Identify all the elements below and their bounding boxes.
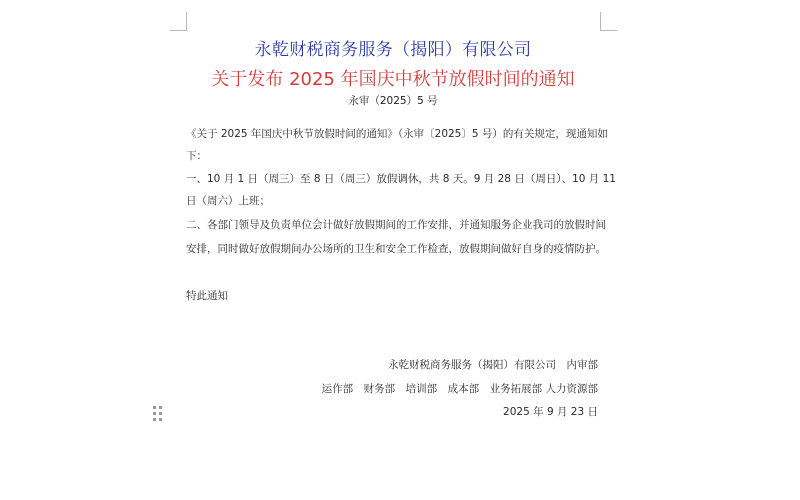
signature-date: 2025 年 9 月 23 日: [503, 404, 598, 419]
closing-text: 特此通知: [186, 285, 602, 308]
drag-dot: [153, 418, 156, 421]
signature-issuer: 永乾财税商务服务（揭阳）有限公司 内审部: [388, 357, 598, 372]
drag-dot: [159, 418, 162, 421]
top-left-margin-mark: [170, 12, 187, 31]
drag-handle-icon[interactable]: [153, 406, 163, 422]
paragraph-line: 一、10 月 1 日（周三）至 8 日（周三）放假调休，共 8 天。9 月 28…: [186, 168, 602, 191]
paragraph-line: 《关于 2025 年国庆中秋节放假时间的通知》（永审〔2025〕5 号）的有关规…: [186, 123, 602, 146]
signature-departments: 运作部 财务部 培训部 成本部 业务拓展部 人力资源部: [322, 381, 598, 396]
paragraph-line: 日（周六）上班；: [186, 190, 602, 213]
paragraph-line: 下：: [186, 145, 602, 168]
drag-dot: [153, 412, 156, 415]
drag-dot: [159, 406, 162, 409]
document-page: 永乾财税商务服务（揭阳）有限公司 关于发布 2025 年国庆中秋节放假时间的通知…: [0, 0, 800, 500]
document-number: 永审（2025）5 号: [186, 93, 600, 108]
drag-dot: [153, 406, 156, 409]
top-right-margin-mark: [600, 12, 617, 31]
drag-dot: [159, 412, 162, 415]
company-title: 永乾财税商务服务（揭阳）有限公司: [186, 35, 600, 60]
paragraph-line: 二、各部门领导及负责单位会计做好放假期间的工作安排，并通知服务企业我司的放假时间: [186, 214, 602, 237]
paragraph-line: 安排，同时做好放假期间办公场所的卫生和安全工作检查，放假期间做好自身的疫情防护。: [186, 238, 602, 261]
notice-title: 关于发布 2025 年国庆中秋节放假时间的通知: [186, 65, 600, 91]
